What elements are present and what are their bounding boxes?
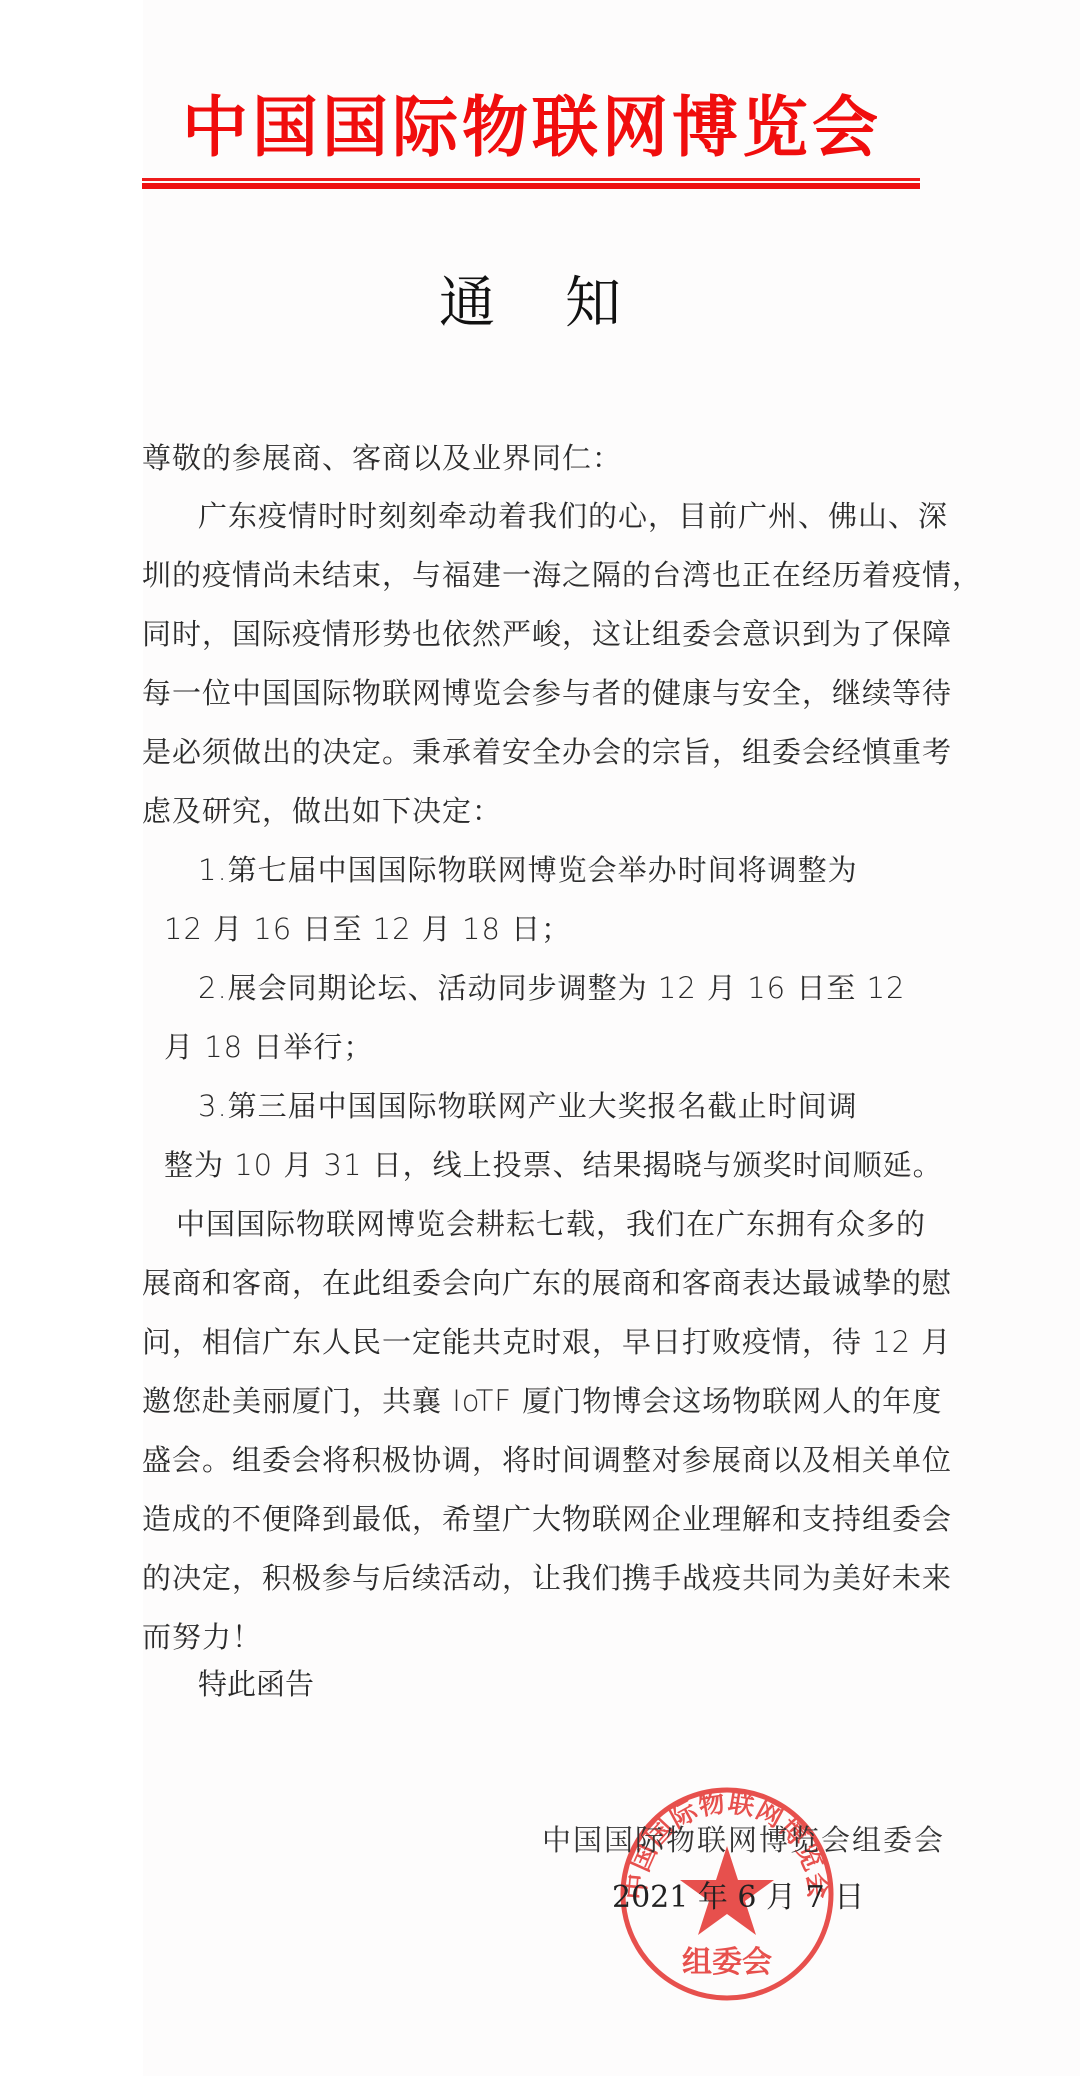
closing-paragraph-line: 盛会。组委会将积极协调，将时间调整对参展商以及相关单位 (142, 1440, 952, 1480)
seal-bottom-text: 组委会 (682, 1945, 772, 1980)
closing-paragraph-line: 而努力！ (142, 1617, 262, 1657)
body-line: 同时，国际疫情形势也依然严峻，这让组委会意识到为了保障 (142, 614, 952, 654)
body-line: 是必须做出的决定。秉承着安全办会的宗旨，组委会经慎重考 (142, 732, 952, 772)
closing-phrase: 特此函告 (198, 1664, 314, 1704)
body-line: 广东疫情时时刻刻牵动着我们的心，目前广州、佛山、深 (198, 496, 948, 536)
signature-organization: 中国国际物联网博览会组委会 (542, 1820, 945, 1860)
masthead-title: 中国国际物联网博览会 (142, 92, 922, 164)
salutation: 尊敬的参展商、客商以及业界同仁： (142, 438, 622, 478)
closing-paragraph-line: 造成的不便降到最低，希望广大物联网企业理解和支持组委会 (142, 1499, 952, 1539)
decision-2-line-1: 2.展会同期论坛、活动同步调整为 12 月 16 日至 12 (198, 968, 905, 1008)
masthead-rule-thin (142, 178, 920, 181)
title-char-1: 通 (439, 268, 495, 340)
closing-paragraph-line: 邀您赴美丽厦门，共襄 IoTF 厦门物博会这场物联网人的年度 (142, 1381, 942, 1421)
body-line: 每一位中国国际物联网博览会参与者的健康与安全，继续等待 (142, 673, 952, 713)
title-char-2: 知 (565, 268, 621, 340)
decision-2-line-2: 月 18 日举行； (164, 1027, 373, 1067)
decision-3-line-1: 3.第三届中国国际物联网产业大奖报名截止时间调 (198, 1086, 858, 1126)
body-line: 虑及研究，做出如下决定： (142, 791, 502, 831)
masthead-rule-thick (142, 183, 920, 189)
notice-title: 通知 (420, 268, 640, 340)
closing-paragraph-line: 中国国际物联网博览会耕耘七载，我们在广东拥有众多的 (176, 1204, 926, 1244)
body-line: 圳的疫情尚未结束，与福建一海之隔的台湾也正在经历着疫情， (142, 555, 982, 595)
closing-paragraph-line: 问，相信广东人民一定能共克时艰，早日打败疫情，待 12 月 (142, 1322, 951, 1362)
closing-paragraph-line: 展商和客商，在此组委会向广东的展商和客商表达最诚挚的慰 (142, 1263, 952, 1303)
decision-1-line-2: 12 月 16 日至 12 月 18 日； (164, 909, 571, 949)
signature-date: 2021 年 6 月 7 日 (612, 1878, 864, 1918)
decision-1-line-1: 1.第七届中国国际物联网博览会举办时间将调整为 (198, 850, 858, 890)
closing-paragraph-line: 的决定，积极参与后续活动，让我们携手战疫共同为美好未来 (142, 1558, 952, 1598)
decision-3-line-2: 整为 10 月 31 日，线上投票、结果揭晓与颁奖时间顺延。 (164, 1145, 943, 1185)
